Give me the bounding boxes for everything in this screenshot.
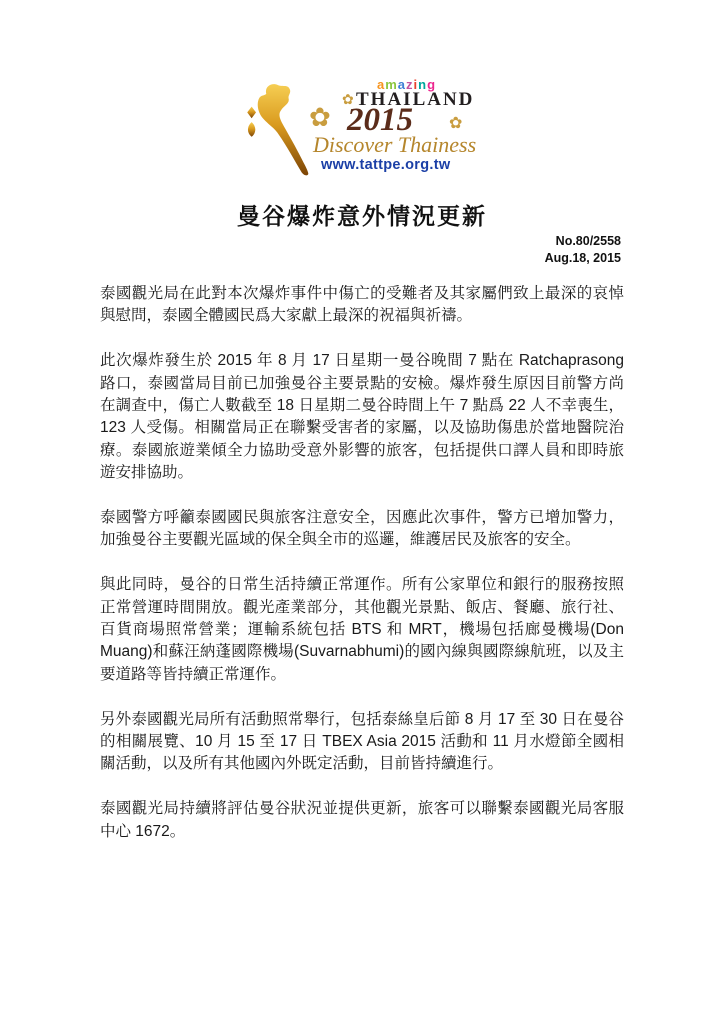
- flower-ornament-icon: ✿: [449, 116, 462, 132]
- paragraph-incident: 此次爆炸發生於 2015 年 8 月 17 日星期一曼谷晚間 7 點在 Ratc…: [100, 350, 624, 484]
- page-title: 曼谷爆炸意外情況更新: [0, 198, 724, 231]
- logo-tagline: Discover Thainess: [313, 132, 476, 158]
- website-link[interactable]: www.tattpe.org.tw: [321, 157, 450, 173]
- document-body: 泰國觀光局在此對本次爆炸事件中傷亡的受難者及其家屬們致上最深的哀悼與慰問，泰國全…: [100, 283, 624, 865]
- hanging-ornament-icon: [247, 87, 256, 137]
- document-page: amazing THAILAND ✿ ✿ ✿ 2015 Discover Tha…: [0, 0, 724, 1024]
- thailand-map-icon: [237, 82, 315, 176]
- flower-ornament-icon: ✿: [309, 104, 331, 130]
- doc-date: Aug.18, 2015: [545, 250, 621, 267]
- map-silhouette: [258, 84, 309, 175]
- paragraph-police: 泰國警方呼籲泰國國民與旅客注意安全，因應此次事件，警方已增加警力，加強曼谷主要觀…: [100, 507, 624, 552]
- paragraph-events: 另外泰國觀光局所有活動照常舉行，包括泰絲皇后節 8 月 17 至 30 日在曼谷…: [100, 709, 624, 776]
- paragraph-operations: 與此同時，曼谷的日常生活持續正常運作。所有公家單位和銀行的服務按照正常營運時間開…: [100, 574, 624, 686]
- paragraph-contact: 泰國觀光局持續將評估曼谷狀況並提供更新，旅客可以聯繫泰國觀光局客服中心 1672…: [100, 798, 624, 843]
- paragraph-condolence: 泰國觀光局在此對本次爆炸事件中傷亡的受難者及其家屬們致上最深的哀悼與慰問，泰國全…: [100, 283, 624, 328]
- doc-meta: No.80/2558 Aug.18, 2015: [545, 233, 621, 266]
- doc-number: No.80/2558: [545, 233, 621, 250]
- tat-logo: amazing THAILAND ✿ ✿ ✿ 2015 Discover Tha…: [237, 76, 487, 176]
